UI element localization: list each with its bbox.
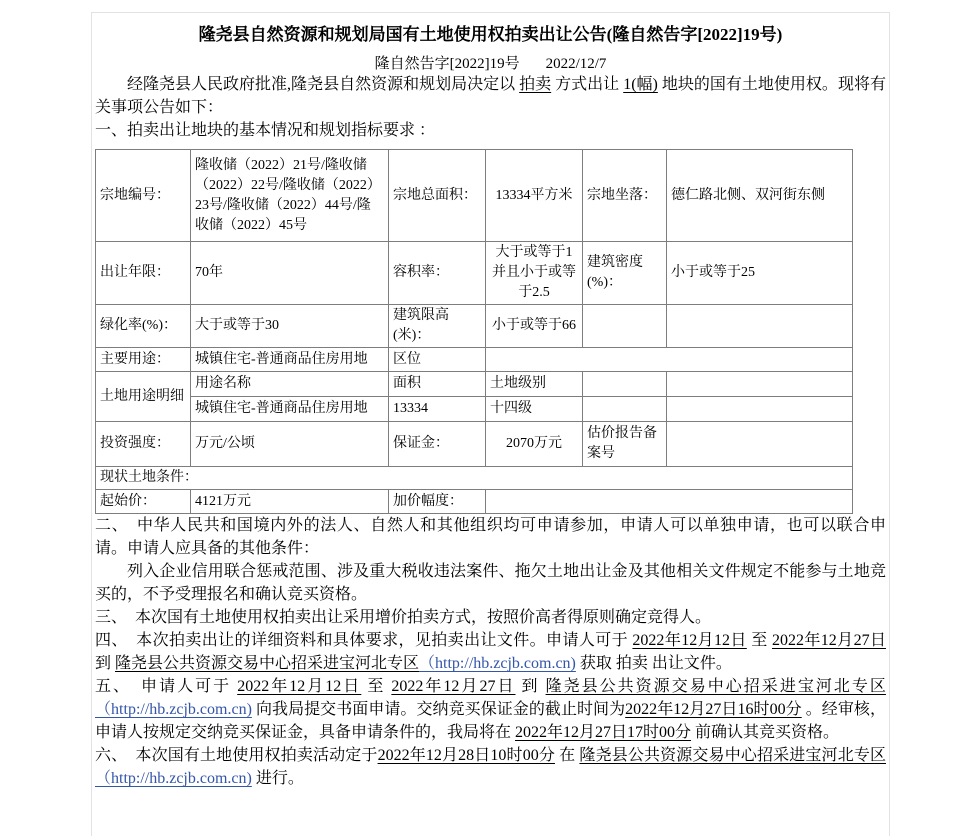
use-name-header: 用途名称: [191, 372, 389, 397]
zone-value-empty: [486, 348, 853, 372]
s4-date-from: 2022年12月12日: [632, 632, 746, 649]
location-value: 德仁路北侧、双河街东侧: [667, 150, 853, 242]
empty-cell: [583, 372, 667, 397]
s6-text-a: 六、 本次国有土地使用权拍卖活动定于: [95, 747, 378, 764]
green-rate-value: 大于或等于30: [191, 305, 389, 348]
section1-heading: 一、拍卖出让地块的基本情况和规划指标要求 ：: [95, 119, 886, 142]
empty-cell: [583, 305, 667, 348]
s5-text-a: 五、 申请人可于: [95, 678, 237, 695]
height-limit-value: 小于或等于66: [486, 305, 583, 348]
empty-cell: [583, 397, 667, 422]
total-area-value: 13334平方米: [486, 150, 583, 242]
s5-text-d: 向我局提交书面申请。交纳竞买保证金的截止时间为: [252, 701, 625, 718]
increment-label: 加价幅度：: [389, 490, 486, 514]
s5-date-to: 2022年12月27日: [391, 678, 515, 695]
parcel-count: 1(幅): [623, 76, 658, 93]
density-value: 小于或等于25: [667, 242, 853, 305]
use-detail-label: 土地用途明细: [96, 372, 191, 422]
page-title: 隆尧县自然资源和规划局国有土地使用权拍卖出让公告(隆自然告字[2022]19号): [95, 25, 886, 45]
s5-venue-url-link[interactable]: （http://hb.zcjb.com.cn): [95, 701, 252, 718]
term-value: 70年: [191, 242, 389, 305]
location-label: 宗地坐落：: [583, 150, 667, 242]
table-row-green-rate: 绿化率(%)： 大于或等于30 建筑限高(米)： 小于或等于66: [96, 305, 853, 348]
grade-value: 十四级: [486, 397, 583, 422]
start-price-value: 4121万元: [191, 490, 389, 514]
green-rate-label: 绿化率(%)：: [96, 305, 191, 348]
appraisal-label: 估价报告备案号: [583, 422, 667, 467]
intro-text-a: 经隆尧县人民政府批准,隆尧县自然资源和规划局决定以: [127, 76, 519, 93]
deposit-value: 2070万元: [486, 422, 583, 467]
intro-text-b: 方式出让: [551, 76, 623, 93]
s5-text-c: 到: [516, 678, 546, 695]
empty-cell: [667, 422, 853, 467]
empty-cell: [667, 372, 853, 397]
section6-paragraph: 六、 本次国有土地使用权拍卖活动定于2022年12月28日10时00分 在 隆尧…: [95, 744, 886, 790]
area-value: 13334: [389, 397, 486, 422]
s4-venue-url-link[interactable]: （http://hb.zcjb.com.cn): [419, 655, 576, 672]
section4-paragraph: 四、 本次拍卖出让的详细资料和具体要求，见拍卖出让文件。申请人可于 2022年1…: [95, 629, 886, 675]
s4-text-b: 至: [747, 632, 772, 649]
section2-paragraph-2: 列入企业信用联合惩戒范围、涉及重大税收违法案件、拖欠土地出让金及其他相关文件规定…: [95, 560, 886, 606]
s6-venue-url-link[interactable]: （http://hb.zcjb.com.cn): [95, 770, 252, 787]
parcel-info-table: 宗地编号： 隆收储（2022）21号/隆收储（2022）22号/隆收储（2022…: [95, 149, 853, 514]
s6-auction-time: 2022年12月28日10时00分: [378, 747, 555, 764]
section5-paragraph: 五、 申请人可于 2022年12月12日 至 2022年12月27日 到 隆尧县…: [95, 675, 886, 744]
table-row-use-detail-header: 土地用途明细 用途名称 面积 土地级别: [96, 372, 853, 397]
parcel-no-value: 隆收储（2022）21号/隆收储（2022）22号/隆收储（2022）23号/隆…: [191, 150, 389, 242]
s5-venue: 隆尧县公共资源交易中心招采进宝河北专区: [546, 678, 886, 695]
s4-text-a: 四、 本次拍卖出让的详细资料和具体要求，见拍卖出让文件。申请人可于: [95, 632, 632, 649]
increment-value-empty: [486, 490, 853, 514]
deposit-label: 保证金：: [389, 422, 486, 467]
parcel-no-label: 宗地编号：: [96, 150, 191, 242]
s4-text-d: 获取 拍卖 出让文件。: [576, 655, 732, 672]
table-row-parcel-no: 宗地编号： 隆收储（2022）21号/隆收储（2022）22号/隆收储（2022…: [96, 150, 853, 242]
main-use-value: 城镇住宅-普通商品住房用地: [191, 348, 389, 372]
total-area-label: 宗地总面积：: [389, 150, 486, 242]
s6-text-b: 在: [555, 747, 579, 764]
main-use-label: 主要用途：: [96, 348, 191, 372]
table-row-term: 出让年限： 70年 容积率： 大于或等于1并且小于或等于2.5 建筑密度(%)：…: [96, 242, 853, 305]
area-header: 面积: [389, 372, 486, 397]
announcement-page: 隆尧县自然资源和规划局国有土地使用权拍卖出让公告(隆自然告字[2022]19号)…: [91, 12, 890, 836]
zone-label: 区位: [389, 348, 486, 372]
s4-date-to: 2022年12月27日: [772, 632, 886, 649]
height-limit-label: 建筑限高(米)：: [389, 305, 486, 348]
s5-deposit-deadline: 2022年12月27日16时00分: [625, 701, 802, 718]
empty-cell: [667, 397, 853, 422]
s5-text-b: 至: [361, 678, 391, 695]
table-row-main-use: 主要用途： 城镇住宅-普通商品住房用地 区位: [96, 348, 853, 372]
grade-header: 土地级别: [486, 372, 583, 397]
section2-paragraph-1: 二、 中华人民共和国境内外的法人、自然人和其他组织均可申请参加，申请人可以单独申…: [95, 514, 886, 560]
section3-paragraph: 三、 本次国有土地使用权拍卖出让采用增价拍卖方式，按照价高者得原则确定竞得人。: [95, 606, 886, 629]
term-label: 出让年限：: [96, 242, 191, 305]
table-row-use-detail-value: 城镇住宅-普通商品住房用地 13334 十四级: [96, 397, 853, 422]
doc-meta-line: 隆自然告字[2022]19号2022/12/7: [95, 55, 886, 73]
s4-venue: 隆尧县公共资源交易中心招采进宝河北专区: [115, 655, 419, 672]
s5-confirm-deadline: 2022年12月27日17时00分: [515, 724, 691, 741]
density-label: 建筑密度(%)：: [583, 242, 667, 305]
start-price-label: 起始价：: [96, 490, 191, 514]
table-row-condition: 现状土地条件：: [96, 467, 853, 490]
s5-text-f: 前确认其竞买资格。: [691, 724, 839, 741]
doc-number: 隆自然告字[2022]19号: [375, 56, 520, 72]
table-row-investment: 投资强度： 万元/公顷 保证金： 2070万元 估价报告备案号: [96, 422, 853, 467]
s4-text-c: 到: [95, 655, 115, 672]
investment-value: 万元/公顷: [191, 422, 389, 467]
plot-ratio-value: 大于或等于1并且小于或等于2.5: [486, 242, 583, 305]
s5-date-from: 2022年12月12日: [237, 678, 361, 695]
condition-label: 现状土地条件：: [96, 467, 853, 490]
intro-paragraph: 经隆尧县人民政府批准,隆尧县自然资源和规划局决定以 拍卖 方式出让 1(幅) 地…: [95, 73, 886, 119]
empty-cell: [667, 305, 853, 348]
s6-text-c: 进行。: [252, 770, 304, 787]
sale-method: 拍卖: [519, 76, 551, 93]
plot-ratio-label: 容积率：: [389, 242, 486, 305]
use-name-value: 城镇住宅-普通商品住房用地: [191, 397, 389, 422]
s6-venue: 隆尧县公共资源交易中心招采进宝河北专区: [579, 747, 886, 764]
investment-label: 投资强度：: [96, 422, 191, 467]
table-row-start-price: 起始价： 4121万元 加价幅度：: [96, 490, 853, 514]
publish-date: 2022/12/7: [546, 56, 607, 72]
